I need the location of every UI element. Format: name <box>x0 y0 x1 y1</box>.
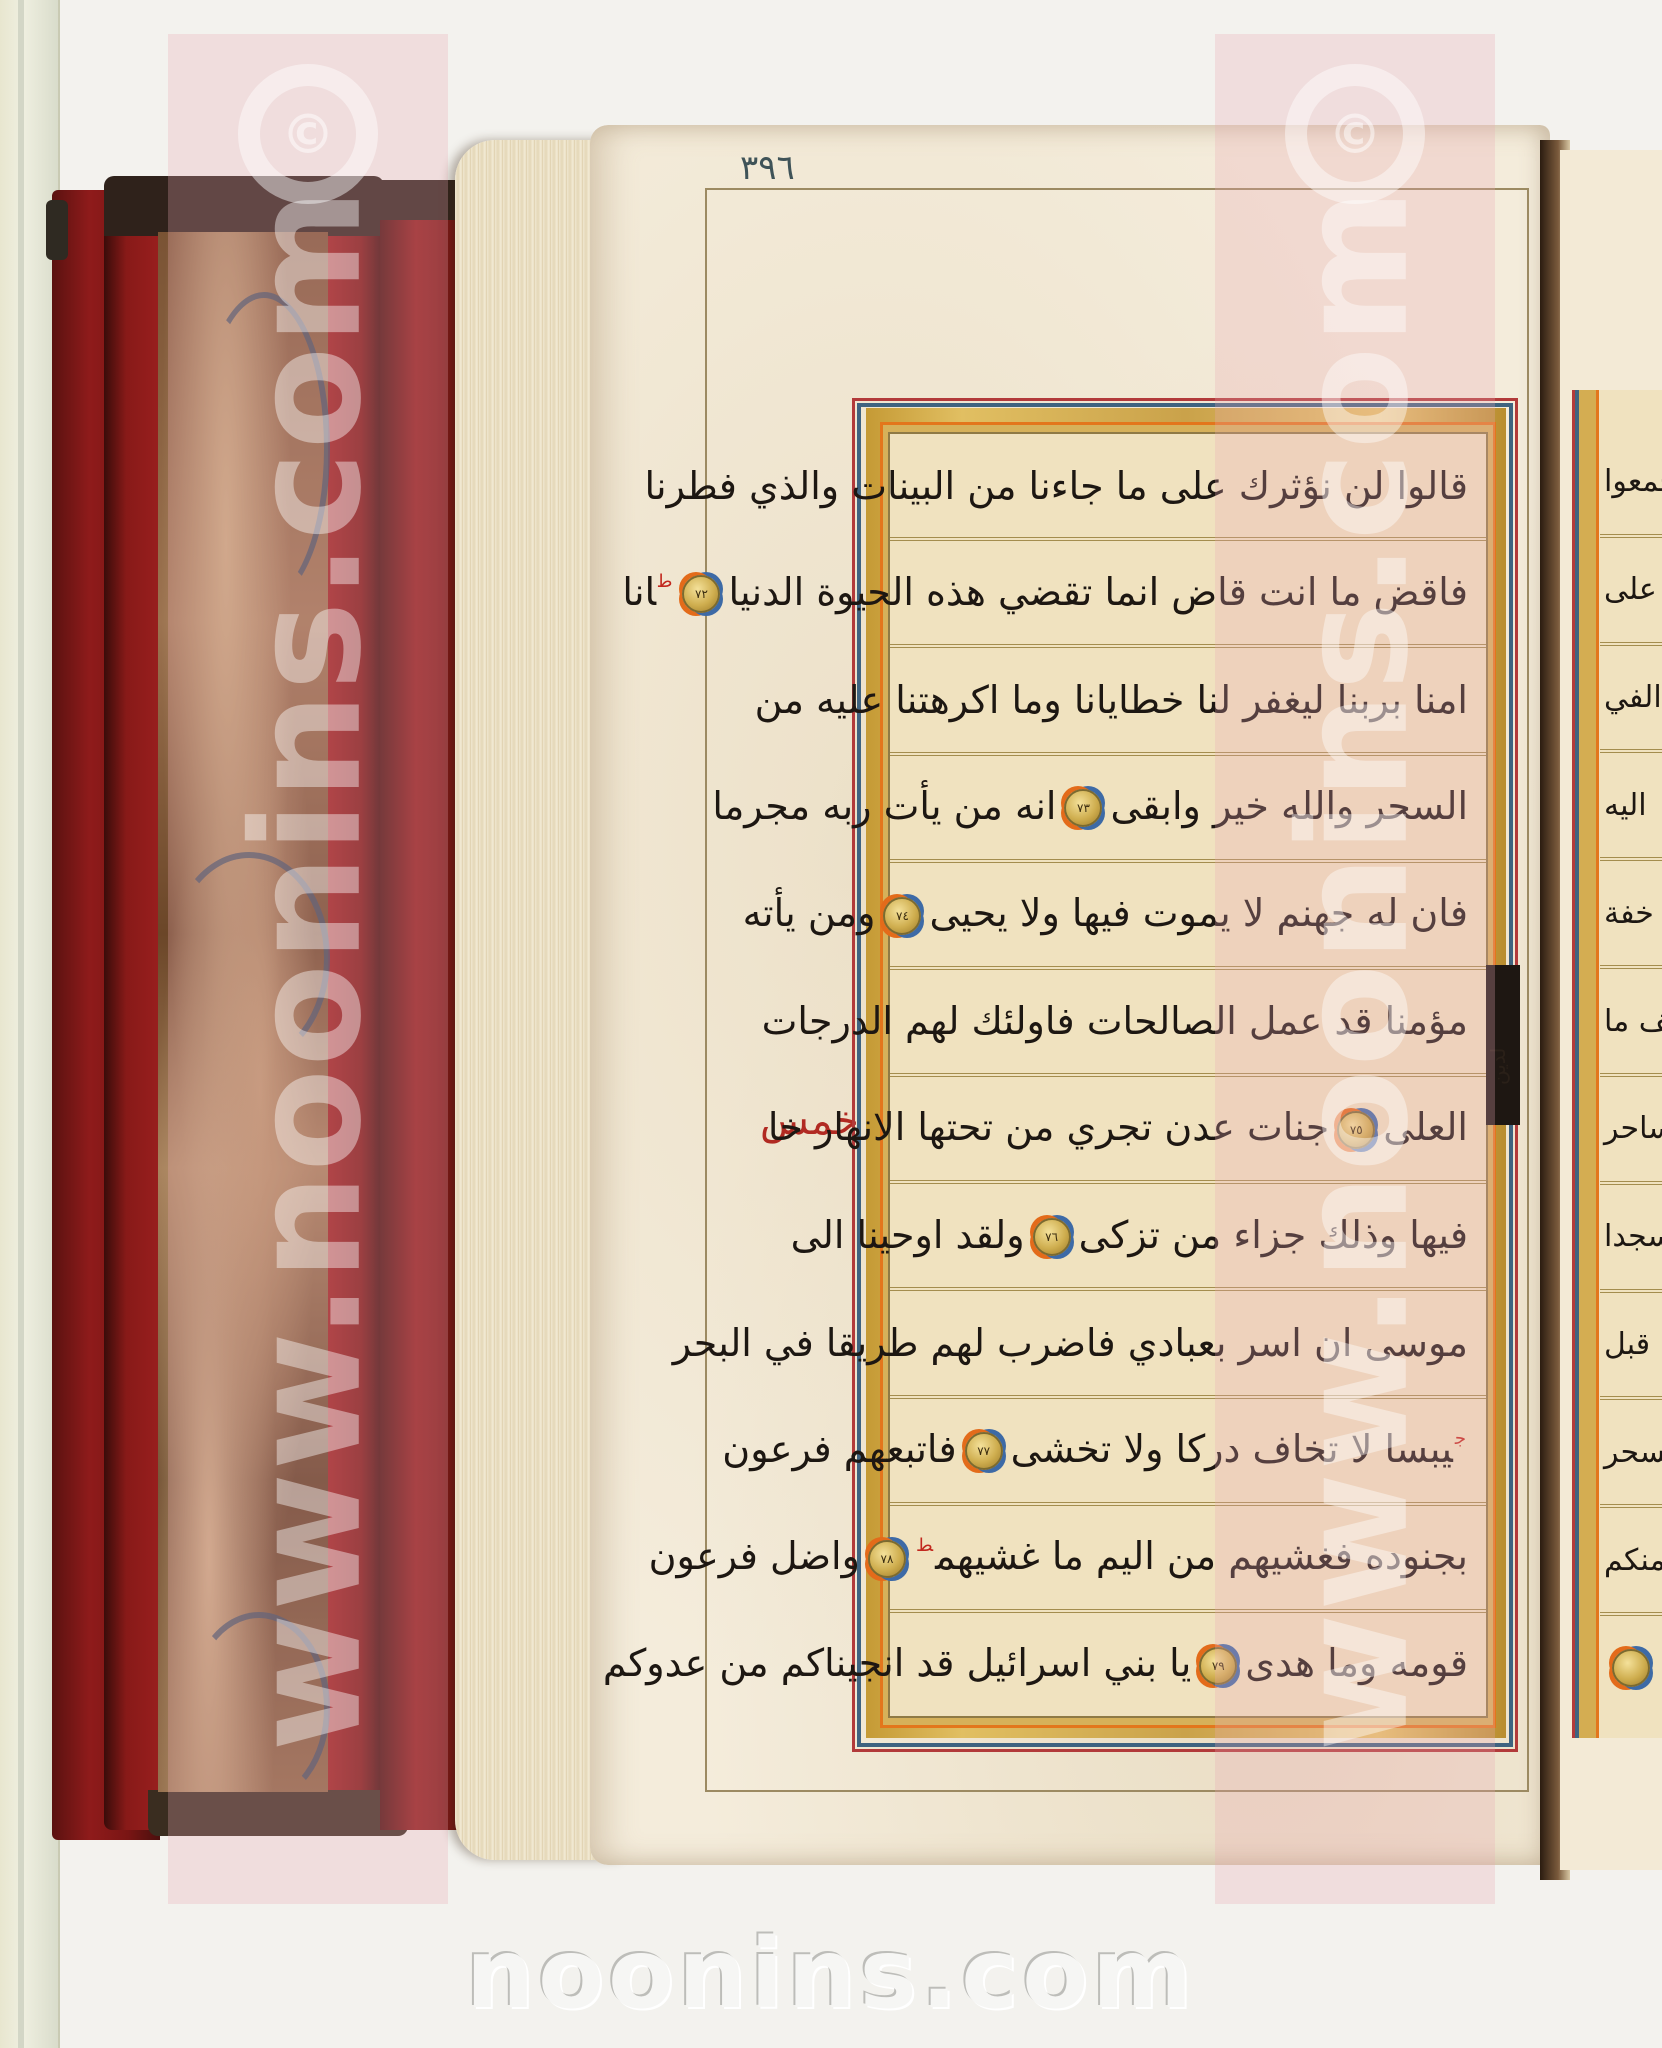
pause-mark: ط <box>916 1535 933 1556</box>
pause-mark: ط <box>658 571 672 592</box>
facing-line: ساحر <box>1600 1077 1662 1185</box>
verse-marker-icon <box>1064 789 1102 827</box>
facing-line: على <box>1600 538 1662 646</box>
facing-line: من الفي <box>1600 646 1662 754</box>
facing-line <box>1600 1616 1662 1720</box>
watermark-band-left: © www.noonins.com <box>168 34 448 1904</box>
facing-line: اليه <box>1600 753 1662 861</box>
verse-marker-icon <box>682 575 720 613</box>
verse-marker-icon <box>868 1540 906 1578</box>
facing-line: فاجمعوا <box>1600 430 1662 538</box>
facing-line: السحر <box>1600 1400 1662 1508</box>
watermark-text: www.noonins.com <box>221 186 395 1752</box>
facing-line: تلقف ما <box>1600 969 1662 1077</box>
watermark-bottom: noonins.com <box>0 1918 1662 2030</box>
verse-marker-icon <box>1033 1218 1071 1256</box>
verse-marker-icon <box>883 897 921 935</box>
facing-line: منكم <box>1600 1508 1662 1616</box>
verse-marker-icon <box>965 1432 1003 1470</box>
backdrop-strip <box>0 0 60 2048</box>
facing-line: خفة <box>1600 861 1662 969</box>
facing-line: قبل <box>1600 1293 1662 1401</box>
verse-marker-icon <box>1612 1649 1650 1687</box>
facing-line: سجدا <box>1600 1185 1662 1293</box>
facing-page-lines: فاجمعوا على من الفي اليه خفة تلقف ما ساح… <box>1600 430 1662 1720</box>
watermark-band-right: © www.noonins.com <box>1215 34 1495 1904</box>
folio-number: ٣٩٦ <box>740 148 795 188</box>
watermark-text: www.noonins.com <box>1268 186 1442 1752</box>
